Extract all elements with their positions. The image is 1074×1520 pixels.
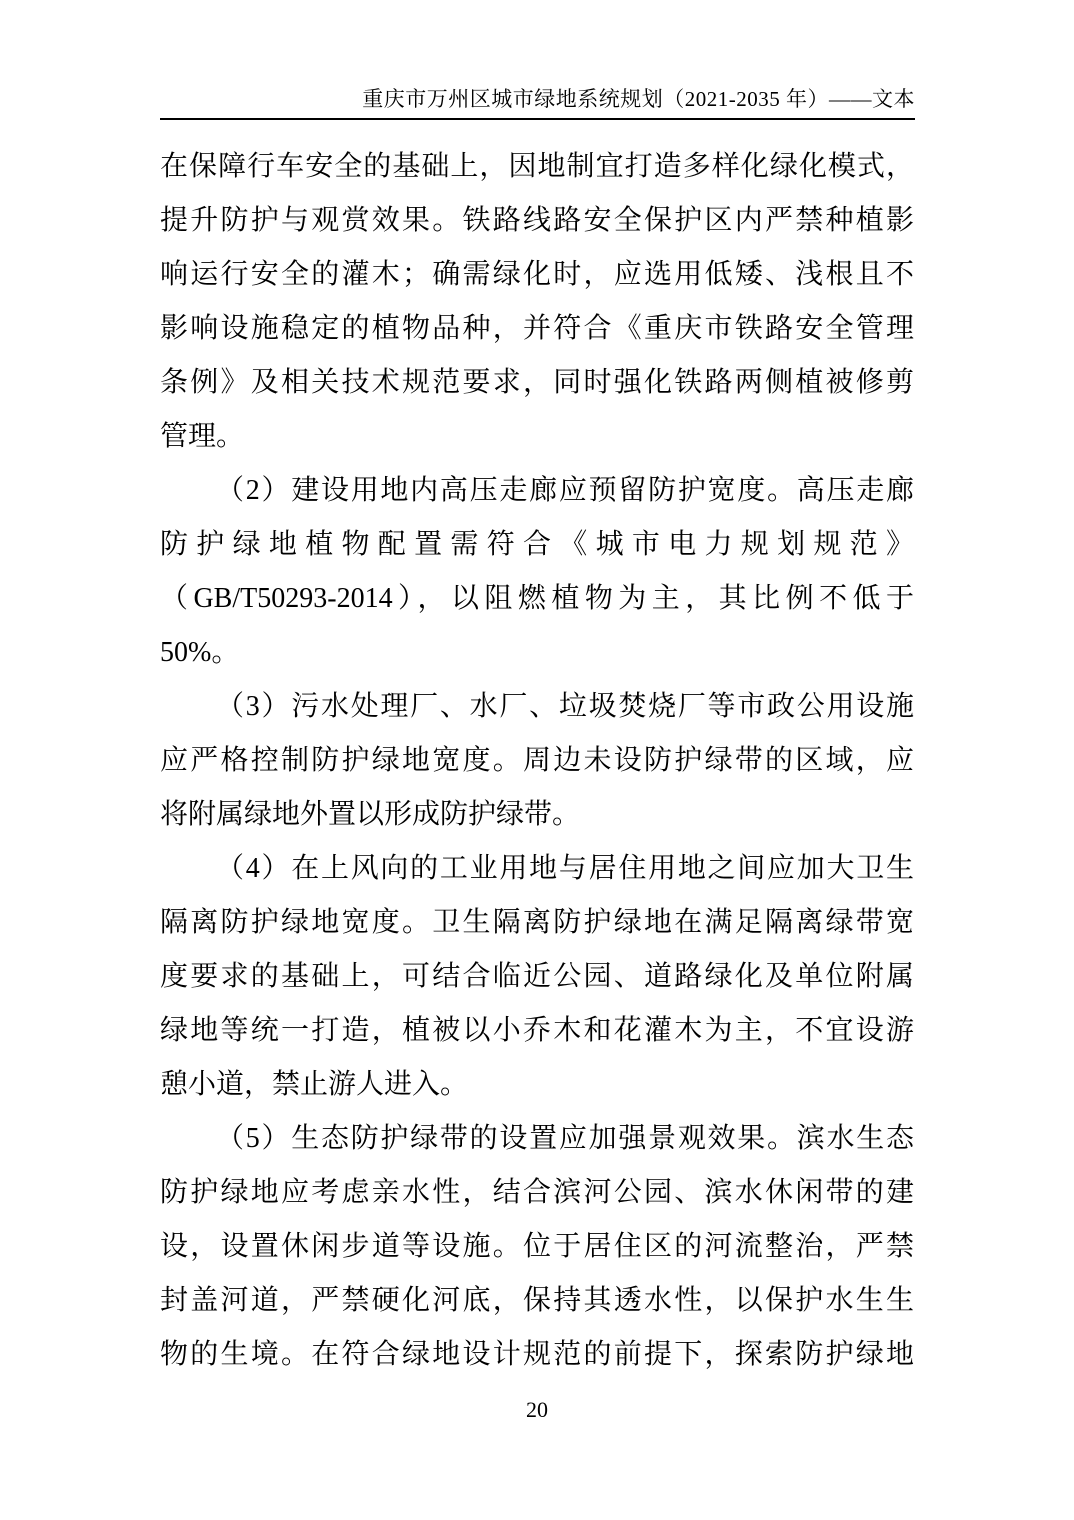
text-line: （GB/T50293-2014），以阻燃植物为主，其比例不低于 [160, 572, 914, 626]
paragraph: （4）在上风向的工业用地与居住用地之间应加大卫生 隔离防护绿地宽度。卫生隔离防护… [160, 842, 914, 1112]
paragraph: （3）污水处理厂、水厂、垃圾焚烧厂等市政公用设施 应严格控制防护绿地宽度。周边未… [160, 680, 914, 842]
text-line: 将附属绿地外置以形成防护绿带。 [160, 788, 914, 842]
text-line: 防护绿地植物配置需符合《城市电力规划规范》 [160, 518, 914, 572]
paragraph: （5）生态防护绿带的设置应加强景观效果。滨水生态 防护绿地应考虑亲水性，结合滨河… [160, 1112, 914, 1382]
text-line: 憩小道，禁止游人进入。 [160, 1058, 914, 1112]
text-line: 封盖河道，严禁硬化河底，保持其透水性，以保护水生生 [160, 1274, 914, 1328]
text-line: 影响设施稳定的植物品种，并符合《重庆市铁路安全管理 [160, 302, 914, 356]
text-line: 响运行安全的灌木；确需绿化时，应选用低矮、浅根且不 [160, 248, 914, 302]
text-line: 提升防护与观赏效果。铁路线路安全保护区内严禁种植影 [160, 194, 914, 248]
text-line: （5）生态防护绿带的设置应加强景观效果。滨水生态 [160, 1112, 914, 1166]
text-line: （4）在上风向的工业用地与居住用地之间应加大卫生 [160, 842, 914, 896]
text-line: 50%。 [160, 626, 914, 680]
page-body-text: 在保障行车安全的基础上，因地制宜打造多样化绿化模式， 提升防护与观赏效果。铁路线… [160, 140, 914, 1382]
header-divider-rule [160, 118, 915, 120]
text-line: 隔离防护绿地宽度。卫生隔离防护绿地在满足隔离绿带宽 [160, 896, 914, 950]
text-line: 在保障行车安全的基础上，因地制宜打造多样化绿化模式， [160, 140, 914, 194]
text-line: 管理。 [160, 410, 914, 464]
text-line: 应严格控制防护绿地宽度。周边未设防护绿带的区域，应 [160, 734, 914, 788]
page-number: 20 [0, 1396, 1074, 1424]
document-page: 重庆市万州区城市绿地系统规划（2021-2035 年）——文本 在保障行车安全的… [0, 0, 1074, 1520]
running-header-title: 重庆市万州区城市绿地系统规划（2021-2035 年）——文本 [160, 86, 915, 112]
paragraph: （2）建设用地内高压走廊应预留防护宽度。高压走廊 防护绿地植物配置需符合《城市电… [160, 464, 914, 680]
paragraph: 在保障行车安全的基础上，因地制宜打造多样化绿化模式， 提升防护与观赏效果。铁路线… [160, 140, 914, 464]
text-line: （3）污水处理厂、水厂、垃圾焚烧厂等市政公用设施 [160, 680, 914, 734]
text-line: 物的生境。在符合绿地设计规范的前提下，探索防护绿地 [160, 1328, 914, 1382]
text-line: 防护绿地应考虑亲水性，结合滨河公园、滨水休闲带的建 [160, 1166, 914, 1220]
text-line: 度要求的基础上，可结合临近公园、道路绿化及单位附属 [160, 950, 914, 1004]
text-line: 绿地等统一打造，植被以小乔木和花灌木为主，不宜设游 [160, 1004, 914, 1058]
text-line: 条例》及相关技术规范要求，同时强化铁路两侧植被修剪 [160, 356, 914, 410]
text-line: 设，设置休闲步道等设施。位于居住区的河流整治，严禁 [160, 1220, 914, 1274]
text-line: （2）建设用地内高压走廊应预留防护宽度。高压走廊 [160, 464, 914, 518]
